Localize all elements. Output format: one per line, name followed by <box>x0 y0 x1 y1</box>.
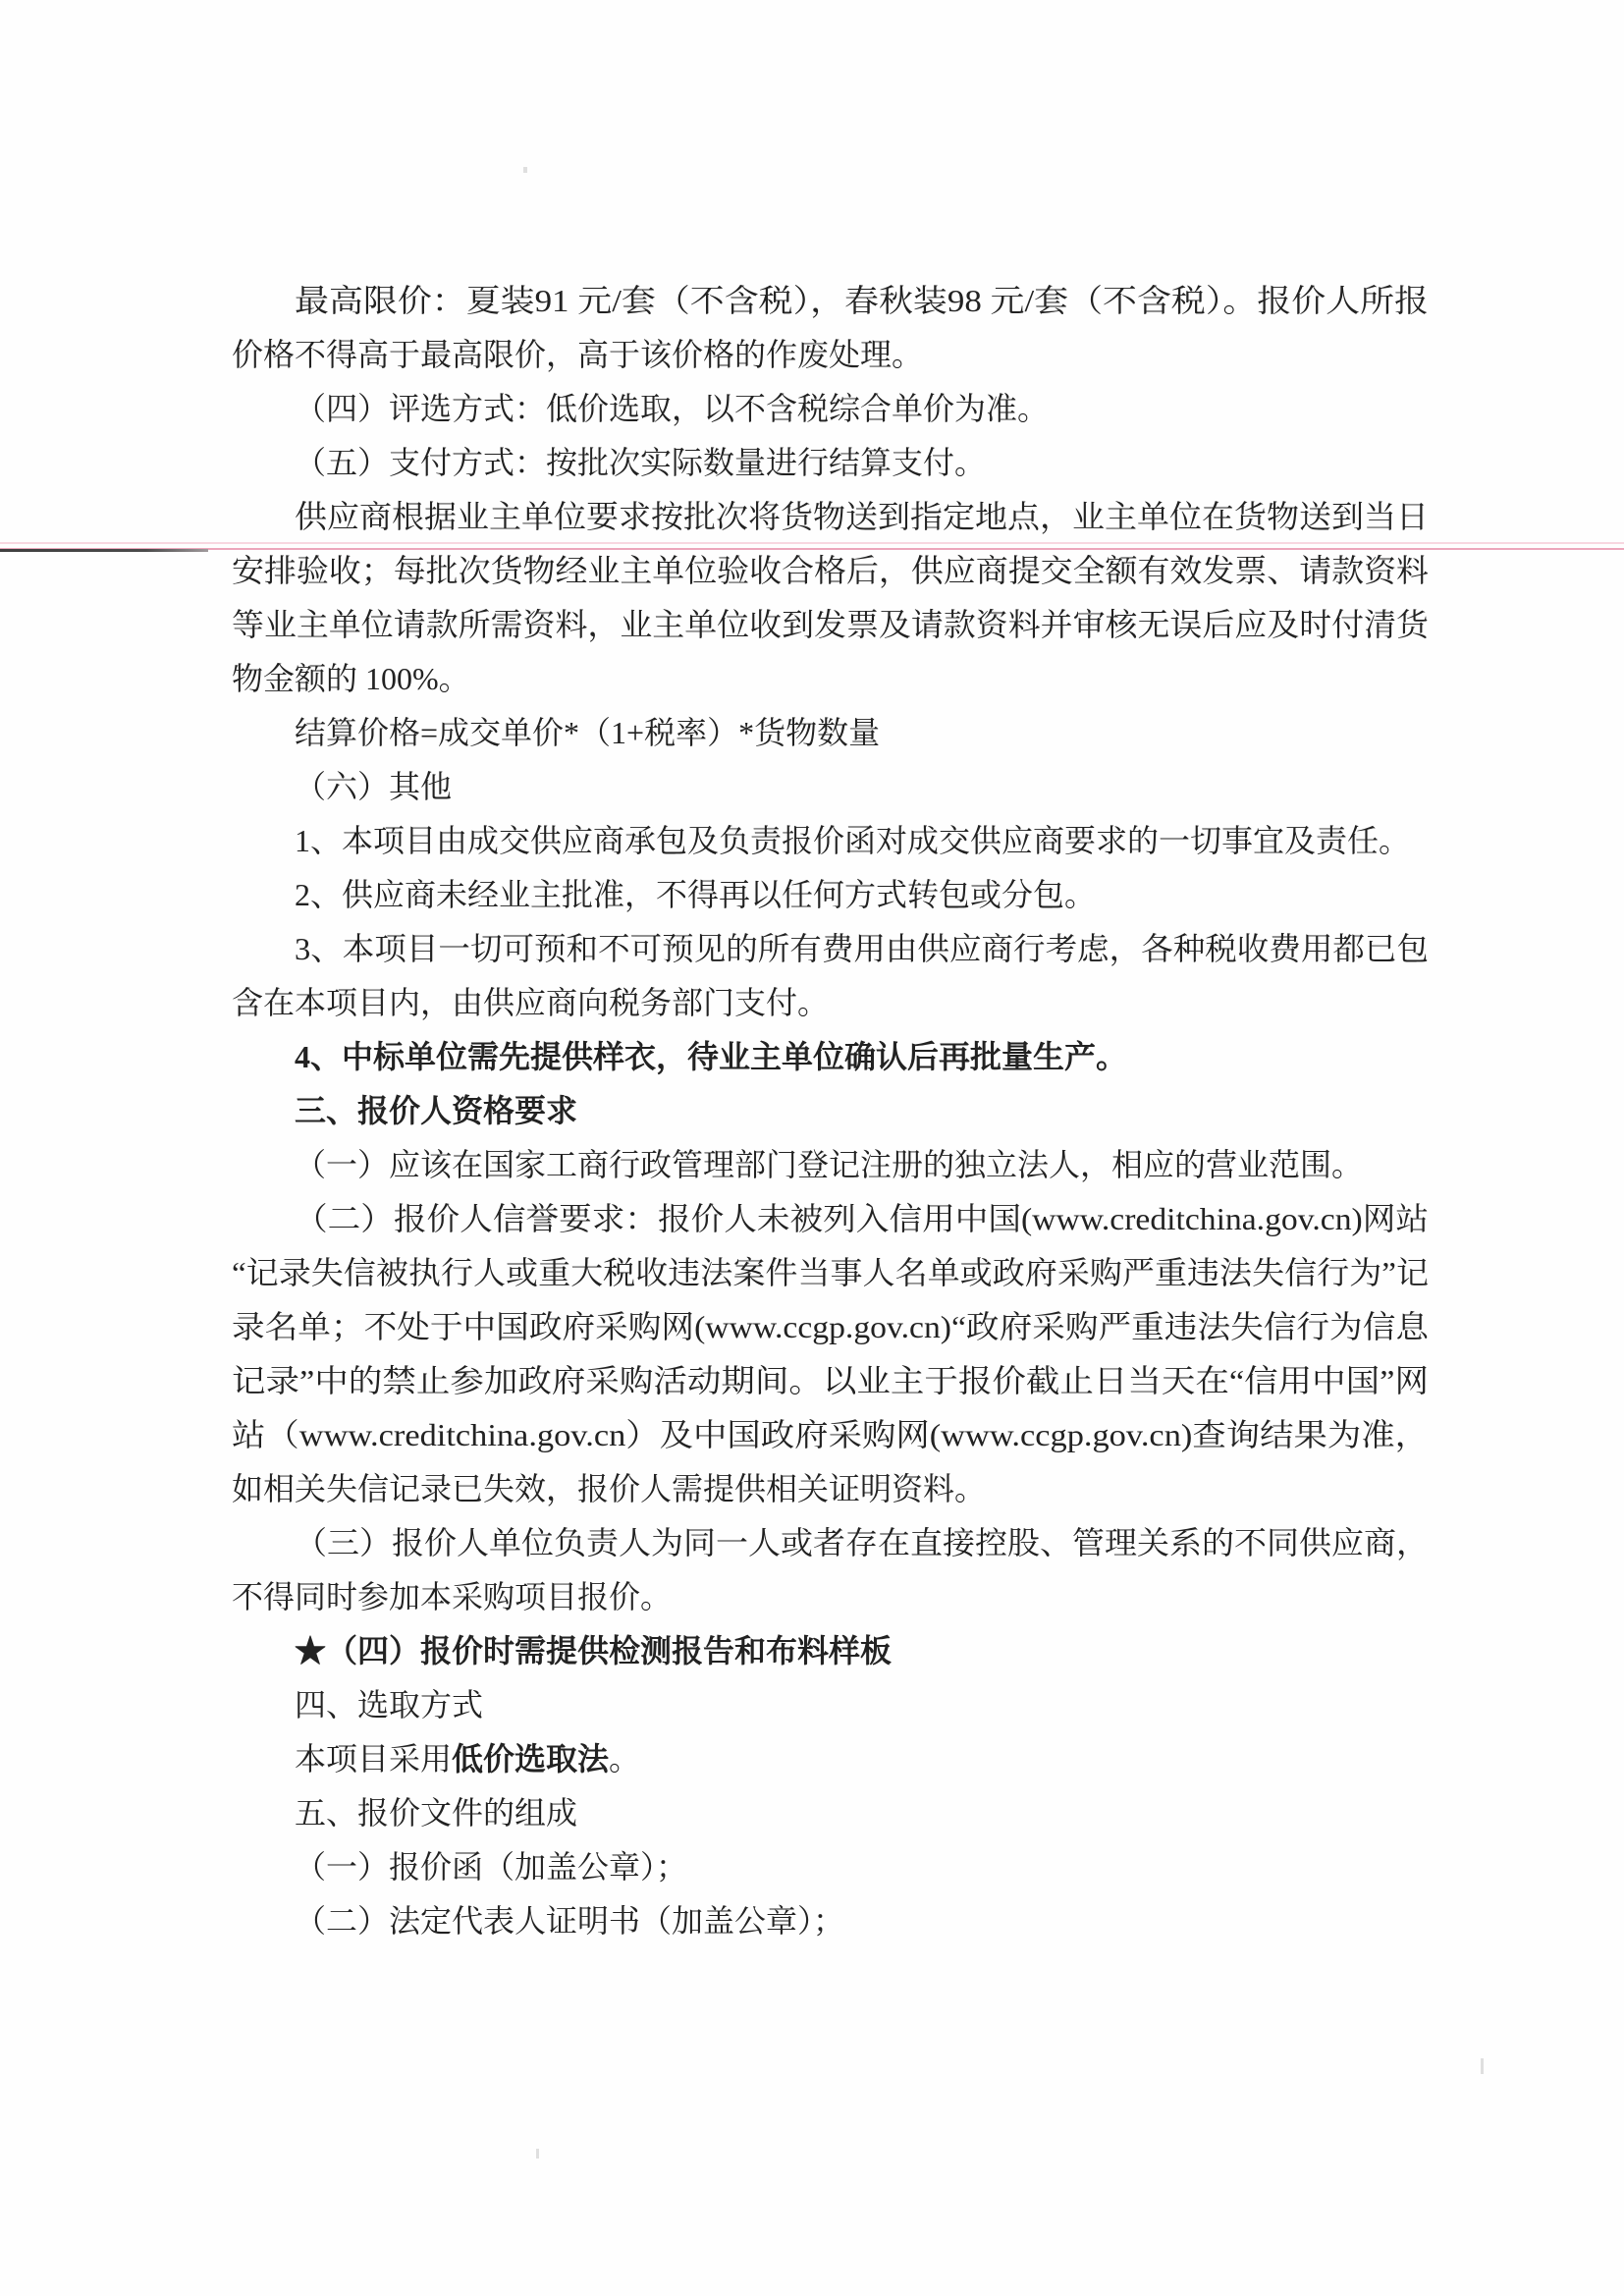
text-line: （三）报价人单位负责人为同一人或者存在直接控股、管理关系的不同供应商， <box>232 1516 1429 1570</box>
text-line: 3、本项目一切可预和不可预见的所有费用由供应商行考虑，各种税收费用都已包 <box>232 922 1429 976</box>
text-line-content: 物金额的 100%。 <box>232 652 470 706</box>
text-line-content: 供应商根据业主单位要求按批次将货物送到指定地点，业主单位在货物送到当日 <box>295 490 1429 544</box>
text-line: 4、中标单位需先提供样衣，待业主单位确认后再批量生产。 <box>232 1030 1429 1084</box>
text-segment: 本项目采用 <box>295 1741 452 1777</box>
text-line: ★（四）报价时需提供检测报告和布料样板 <box>232 1624 1429 1678</box>
text-segment: 安排验收；每批次货物经业主单位验收合格后，供应商提交全额有效发票、请款资料 <box>232 553 1429 588</box>
text-segment: 3、本项目一切可预和不可预见的所有费用由供应商行考虑，各种税收费用都已包 <box>295 931 1429 966</box>
text-segment: 物金额的 100%。 <box>232 661 470 696</box>
text-line-content: （三）报价人单位负责人为同一人或者存在直接控股、管理关系的不同供应商， <box>295 1516 1429 1570</box>
bold-text-segment: 三、报价人资格要求 <box>295 1093 577 1128</box>
text-line-content: ★（四）报价时需提供检测报告和布料样板 <box>295 1624 892 1678</box>
text-line-content: “记录失信被执行人或重大税收违法案件当事人名单或政府采购严重违法失信行为”记 <box>232 1246 1429 1300</box>
text-line: 本项目采用低价选取法。 <box>232 1732 1429 1786</box>
text-segment: 站（www.creditchina.gov.cn）及中国政府采购网(www.cc… <box>232 1417 1429 1452</box>
text-segment: （二）法定代表人证明书（加盖公章）； <box>295 1903 844 1939</box>
text-segment: 等业主单位请款所需资料，业主单位收到发票及请款资料并审核无误后应及时付清货 <box>232 607 1429 642</box>
text-line: 供应商根据业主单位要求按批次将货物送到指定地点，业主单位在货物送到当日 <box>232 490 1429 544</box>
text-line: 四、选取方式 <box>232 1678 1429 1732</box>
text-line: （二）法定代表人证明书（加盖公章）； <box>232 1894 1429 1948</box>
text-line: 安排验收；每批次货物经业主单位验收合格后，供应商提交全额有效发票、请款资料 <box>232 544 1429 598</box>
text-segment: 含在本项目内，由供应商向税务部门支付。 <box>232 985 829 1020</box>
text-segment: （一）报价函（加盖公章）； <box>295 1849 687 1885</box>
text-line: 站（www.creditchina.gov.cn）及中国政府采购网(www.cc… <box>232 1408 1429 1462</box>
text-line-content: 等业主单位请款所需资料，业主单位收到发票及请款资料并审核无误后应及时付清货 <box>232 598 1429 652</box>
text-segment: 录名单；不处于中国政府采购网(www.ccgp.gov.cn)“政府采购严重违法… <box>232 1309 1429 1344</box>
text-line-content: 如相关失信记录已失效，报价人需提供相关证明资料。 <box>232 1462 986 1516</box>
text-line: 三、报价人资格要求 <box>232 1084 1429 1138</box>
text-line: 五、报价文件的组成 <box>232 1786 1429 1840</box>
text-line: 不得同时参加本采购项目报价。 <box>232 1570 1429 1624</box>
text-line: 价格不得高于最高限价，高于该价格的作废处理。 <box>232 328 1429 382</box>
text-segment: 2、供应商未经业主批准，不得再以任何方式转包或分包。 <box>295 877 1096 912</box>
text-line-content: 不得同时参加本采购项目报价。 <box>232 1570 672 1624</box>
text-segment: （一）应该在国家工商行政管理部门登记注册的独立法人，相应的营业范围。 <box>295 1147 1363 1182</box>
scanned-document-page: 最高限价：夏装91 元/套（不含税），春秋装98 元/套（不含税）。报价人所报价… <box>0 0 1624 2296</box>
text-segment: 价格不得高于最高限价，高于该价格的作废处理。 <box>232 337 923 372</box>
text-line: 1、本项目由成交供应商承包及负责报价函对成交供应商要求的一切事宜及责任。 <box>232 814 1429 868</box>
text-segment: 记录”中的禁止参加政府采购活动期间。以业主于报价截止日当天在“信用中国”网 <box>232 1363 1429 1398</box>
text-line-content: （二）法定代表人证明书（加盖公章）； <box>295 1894 844 1948</box>
bold-text-segment: 4、中标单位需先提供样衣，待业主单位确认后再批量生产。 <box>295 1039 1127 1074</box>
text-line-content: （一）报价函（加盖公章）； <box>295 1840 687 1894</box>
text-line-content: 四、选取方式 <box>295 1678 483 1732</box>
text-segment: 不得同时参加本采购项目报价。 <box>232 1579 672 1614</box>
text-segment: 供应商根据业主单位要求按批次将货物送到指定地点，业主单位在货物送到当日 <box>295 499 1429 534</box>
text-segment: （六）其他 <box>295 769 452 804</box>
text-segment: 如相关失信记录已失效，报价人需提供相关证明资料。 <box>232 1471 986 1506</box>
text-line-content: 最高限价：夏装91 元/套（不含税），春秋装98 元/套（不含税）。报价人所报 <box>295 274 1429 328</box>
text-line-content: 五、报价文件的组成 <box>295 1786 577 1840</box>
text-line-content: 安排验收；每批次货物经业主单位验收合格后，供应商提交全额有效发票、请款资料 <box>232 544 1429 598</box>
text-line-content: 记录”中的禁止参加政府采购活动期间。以业主于报价截止日当天在“信用中国”网 <box>232 1354 1429 1408</box>
text-line: （一）报价函（加盖公章）； <box>232 1840 1429 1894</box>
text-line-content: 站（www.creditchina.gov.cn）及中国政府采购网(www.cc… <box>232 1408 1429 1462</box>
text-segment: 四、选取方式 <box>295 1687 483 1722</box>
text-segment: 结算价格=成交单价*（1+税率）*货物数量 <box>295 715 880 750</box>
text-line: （四）评选方式：低价选取，以不含税综合单价为准。 <box>232 382 1429 436</box>
text-line-content: 3、本项目一切可预和不可预见的所有费用由供应商行考虑，各种税收费用都已包 <box>295 922 1429 976</box>
document-body-text: 最高限价：夏装91 元/套（不含税），春秋装98 元/套（不含税）。报价人所报价… <box>232 274 1429 1948</box>
text-line: 录名单；不处于中国政府采购网(www.ccgp.gov.cn)“政府采购严重违法… <box>232 1300 1429 1354</box>
text-segment: 五、报价文件的组成 <box>295 1795 577 1831</box>
text-line-content: （一）应该在国家工商行政管理部门登记注册的独立法人，相应的营业范围。 <box>295 1138 1363 1192</box>
bold-text-segment: 低价选取法 <box>452 1741 609 1777</box>
text-segment: （五）支付方式：按批次实际数量进行结算支付。 <box>295 445 986 480</box>
text-line-content: 含在本项目内，由供应商向税务部门支付。 <box>232 976 829 1030</box>
scan-artifact-dark-line <box>0 549 208 552</box>
scan-speck <box>1481 2058 1484 2074</box>
text-line: 等业主单位请款所需资料，业主单位收到发票及请款资料并审核无误后应及时付清货 <box>232 598 1429 652</box>
text-segment: “记录失信被执行人或重大税收违法案件当事人名单或政府采购严重违法失信行为”记 <box>232 1255 1429 1290</box>
bold-text-segment: ★（四）报价时需提供检测报告和布料样板 <box>295 1633 892 1668</box>
text-segment: （三）报价人单位负责人为同一人或者存在直接控股、管理关系的不同供应商， <box>295 1525 1429 1560</box>
text-line-content: （四）评选方式：低价选取，以不含税综合单价为准。 <box>295 382 1049 436</box>
text-line-content: 结算价格=成交单价*（1+税率）*货物数量 <box>295 706 880 760</box>
text-line: 如相关失信记录已失效，报价人需提供相关证明资料。 <box>232 1462 1429 1516</box>
text-segment: 。 <box>609 1741 640 1777</box>
text-line: 最高限价：夏装91 元/套（不含税），春秋装98 元/套（不含税）。报价人所报 <box>232 274 1429 328</box>
scan-speck <box>536 2149 539 2159</box>
text-line-content: 2、供应商未经业主批准，不得再以任何方式转包或分包。 <box>295 868 1096 922</box>
scan-speck <box>523 167 527 173</box>
text-line: 物金额的 100%。 <box>232 652 1429 706</box>
text-line-content: （二）报价人信誉要求：报价人未被列入信用中国(www.creditchina.g… <box>295 1192 1429 1246</box>
text-line-content: 本项目采用低价选取法。 <box>295 1732 640 1786</box>
text-line-content: 4、中标单位需先提供样衣，待业主单位确认后再批量生产。 <box>295 1030 1127 1084</box>
text-line: 记录”中的禁止参加政府采购活动期间。以业主于报价截止日当天在“信用中国”网 <box>232 1354 1429 1408</box>
text-line: 含在本项目内，由供应商向税务部门支付。 <box>232 976 1429 1030</box>
text-line: （一）应该在国家工商行政管理部门登记注册的独立法人，相应的营业范围。 <box>232 1138 1429 1192</box>
text-line-content: 1、本项目由成交供应商承包及负责报价函对成交供应商要求的一切事宜及责任。 <box>295 814 1410 868</box>
text-segment: （四）评选方式：低价选取，以不含税综合单价为准。 <box>295 391 1049 426</box>
text-line: （二）报价人信誉要求：报价人未被列入信用中国(www.creditchina.g… <box>232 1192 1429 1246</box>
text-line: 2、供应商未经业主批准，不得再以任何方式转包或分包。 <box>232 868 1429 922</box>
text-segment: 最高限价：夏装91 元/套（不含税），春秋装98 元/套（不含税）。报价人所报 <box>295 283 1429 318</box>
text-line-content: 价格不得高于最高限价，高于该价格的作废处理。 <box>232 328 923 382</box>
text-line-content: （六）其他 <box>295 760 452 814</box>
text-line: （六）其他 <box>232 760 1429 814</box>
text-line-content: 录名单；不处于中国政府采购网(www.ccgp.gov.cn)“政府采购严重违法… <box>232 1300 1429 1354</box>
text-line: 结算价格=成交单价*（1+税率）*货物数量 <box>232 706 1429 760</box>
text-segment: 1、本项目由成交供应商承包及负责报价函对成交供应商要求的一切事宜及责任。 <box>295 823 1410 858</box>
text-line-content: 三、报价人资格要求 <box>295 1084 577 1138</box>
text-segment: （二）报价人信誉要求：报价人未被列入信用中国(www.creditchina.g… <box>295 1201 1429 1236</box>
text-line-content: （五）支付方式：按批次实际数量进行结算支付。 <box>295 436 986 490</box>
text-line: （五）支付方式：按批次实际数量进行结算支付。 <box>232 436 1429 490</box>
text-line: “记录失信被执行人或重大税收违法案件当事人名单或政府采购严重违法失信行为”记 <box>232 1246 1429 1300</box>
